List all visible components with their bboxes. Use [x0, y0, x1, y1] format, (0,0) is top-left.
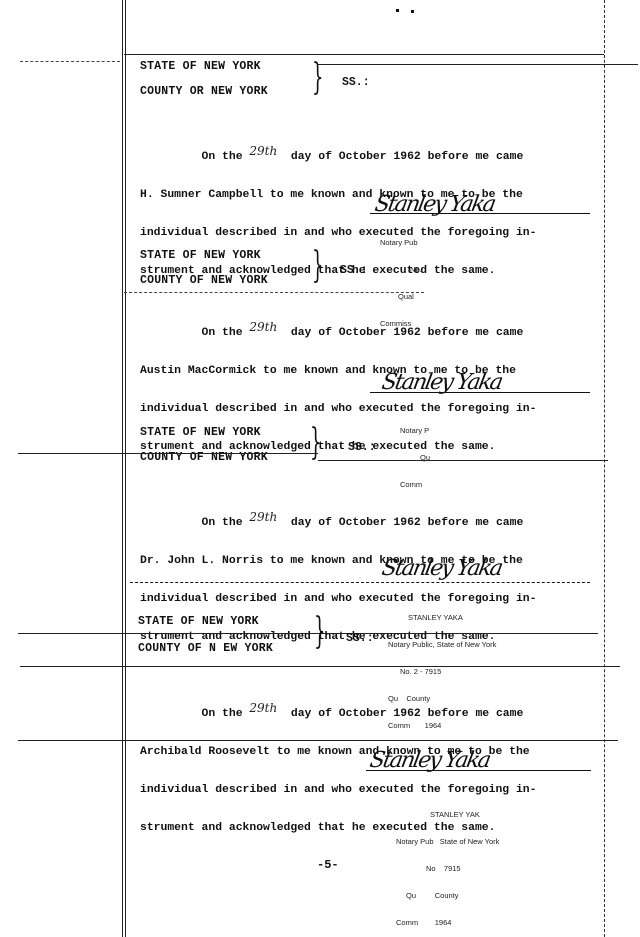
- notary-stamp: STANLEY YAK Notary Pub State of New York…: [396, 792, 499, 937]
- divider: [318, 64, 638, 65]
- text-line-2: H. Sumner Campbell to me known and known…: [140, 189, 580, 202]
- divider: [124, 292, 424, 293]
- left-margin-rule: [122, 0, 126, 937]
- scan-speck: [411, 10, 414, 13]
- signature-line: [130, 582, 590, 583]
- venue-state: STATE OF NEW YORK: [138, 616, 259, 628]
- text-line-1: On the 29th day of October 1962 before m…: [140, 149, 580, 164]
- ss-label: SS.:: [346, 632, 374, 645]
- text-line-3: individual described in and who executed…: [140, 403, 580, 416]
- venue-brace: }: [312, 248, 323, 284]
- scan-speck: [396, 9, 399, 12]
- ss-label: SS.:: [342, 76, 370, 89]
- divider: [20, 666, 620, 667]
- venue-county: COUNTY OF NEW YORK: [140, 275, 268, 287]
- divider: [20, 61, 120, 62]
- divider: [18, 453, 318, 454]
- venue-brace: }: [312, 60, 323, 96]
- venue-state: STATE OF NEW YORK: [140, 250, 261, 262]
- text-line-1: On the 29th day of October 1962 before m…: [140, 706, 580, 721]
- venue-county: COUNTY OR NEW YORK: [140, 86, 268, 98]
- text-line-3: individual described in and who executed…: [140, 227, 580, 240]
- divider: [318, 460, 608, 461]
- page-number: -5-: [317, 858, 339, 872]
- ss-label: SS.:: [348, 441, 376, 454]
- text-line-4: strument and acknowledged that he execut…: [140, 822, 580, 835]
- ss-label: SS.:: [340, 264, 368, 277]
- right-margin-rule: [604, 0, 605, 937]
- text-line-1: On the 29th day of October 1962 before m…: [140, 515, 580, 530]
- handwritten-day: 29th: [249, 701, 277, 715]
- divider: [18, 740, 618, 741]
- signature-line: [370, 392, 590, 393]
- venue-state: STATE OF NEW YORK: [140, 61, 261, 73]
- signature-line: [370, 213, 590, 214]
- divider: [124, 54, 604, 55]
- signature-line: [366, 770, 591, 771]
- handwritten-day: 29th: [249, 144, 277, 158]
- text-line-2: Dr. John L. Norris to me known and known…: [140, 555, 580, 568]
- venue-brace: }: [310, 425, 321, 461]
- venue-state: STATE OF NEW YORK: [140, 427, 261, 439]
- text-line-3: individual described in and who executed…: [140, 593, 580, 606]
- handwritten-day: 29th: [249, 320, 277, 334]
- venue-brace: }: [314, 614, 325, 650]
- document-page: STATE OF NEW YORK COUNTY OR NEW YORK } S…: [0, 0, 640, 937]
- text-line-2: Archibald Roosevelt to me known and know…: [140, 746, 580, 759]
- divider: [18, 633, 598, 634]
- text-line-2: Austin MacCormick to me known and known …: [140, 365, 580, 378]
- notary-signature: Stanley Yaka: [380, 556, 503, 581]
- text-line-3: individual described in and who executed…: [140, 784, 580, 797]
- venue-county: COUNTY OF N EW YORK: [138, 643, 273, 655]
- text-line-1: On the 29th day of October 1962 before m…: [140, 325, 580, 340]
- handwritten-day: 29th: [249, 510, 277, 524]
